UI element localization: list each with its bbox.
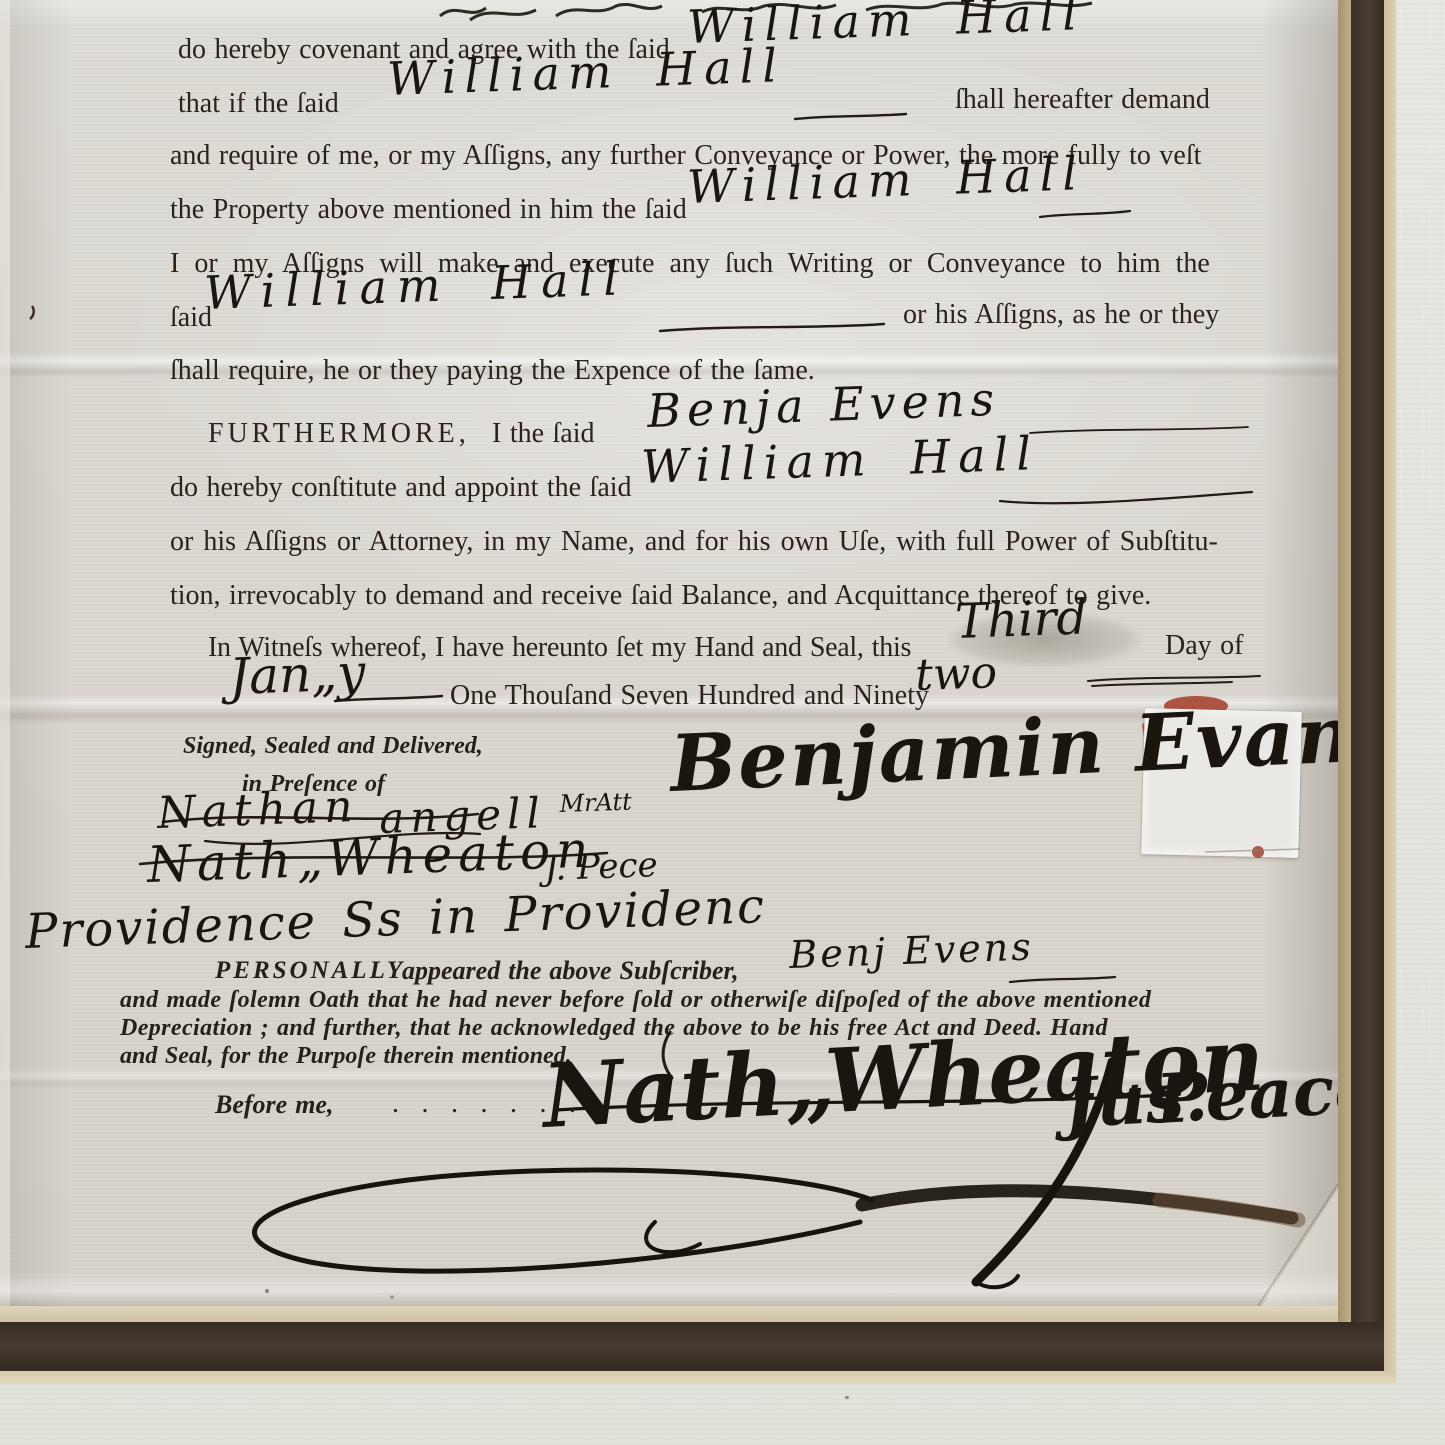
- ink-rule-line6: [660, 324, 884, 331]
- printed-line: I the ſaid: [492, 420, 595, 448]
- printed-line: ſhall hereafter demand: [955, 86, 1210, 114]
- signature-flourish-oval: [254, 1170, 872, 1271]
- document-paper: do hereby covenant and agree with the ſa…: [0, 0, 1338, 1306]
- dark-mat-bottom: [0, 1322, 1384, 1371]
- handwritten-annotation: MrAtt: [559, 789, 632, 816]
- ink-rule-after-evens: [1030, 427, 1248, 433]
- printed-line-italic: and made ſolemn Oath that he had never b…: [120, 988, 1151, 1012]
- handwritten-name: Benj Evens: [789, 927, 1035, 974]
- handwritten-name: William Hall: [640, 430, 1039, 490]
- printed-line: do hereby conſtitute and appoint the ſai…: [170, 474, 632, 502]
- mat-bevel-bottom-outer: [0, 1371, 1396, 1384]
- printed-line: or his Aſſigns or Attorney, in my Name, …: [170, 528, 1218, 556]
- ink-speck: [265, 1289, 269, 1293]
- ink-rule-after-benj-evens: [1010, 977, 1115, 982]
- margin-ink-mark: [30, 306, 34, 319]
- printed-line: One Thouſand Seven Hundred and Ninety: [450, 682, 929, 710]
- mat-bevel-bottom: [0, 1306, 1338, 1322]
- handwritten-name: Benja Evens: [646, 376, 1000, 434]
- printed-line-italic: Signed, Sealed and Delivered,: [183, 734, 483, 758]
- printed-line: that if the ſaid: [178, 90, 339, 118]
- ink-swash-after-hall5: [1000, 492, 1252, 503]
- printed-line: the Property above mentioned in him the …: [170, 196, 687, 224]
- handwritten-name: William Hall: [386, 42, 785, 102]
- ink-speck: [390, 1295, 393, 1298]
- printed-line-italic: appeared the above Subſcriber,: [402, 958, 739, 984]
- printed-line-italic: PERSONALLY: [215, 958, 405, 983]
- handwritten-name: William Hall: [686, 150, 1085, 210]
- handwritten-word: two: [914, 651, 997, 698]
- ink-rule-after-hall3: [1040, 211, 1130, 217]
- corner-fold: [1262, 1188, 1338, 1306]
- handwritten-name: William Hall: [203, 255, 628, 316]
- ink-rule-after-two: [1088, 676, 1260, 686]
- handwritten-word: Jan„y: [228, 647, 366, 702]
- wax-dot-on-patch: [1252, 846, 1264, 858]
- printed-line: Day of: [1165, 632, 1243, 660]
- signature-flourish-curl: [646, 1222, 700, 1252]
- handwritten-annotation: J. Pece: [544, 848, 658, 886]
- handwritten-witness-name: Nath„Wheaton: [146, 824, 595, 890]
- printed-line-italic: Before me,: [215, 1092, 333, 1118]
- printed-line-italic: and Seal, for the Purpoſe therein mentio…: [120, 1044, 572, 1068]
- handwritten-witness-name: Nathan: [156, 785, 359, 836]
- mat-bevel-right-outer: [1384, 0, 1396, 1384]
- ink-rule-after-hall2: [795, 114, 906, 119]
- handwritten-word: Third: [954, 593, 1088, 646]
- signature-tail-fade: [1160, 1200, 1298, 1220]
- printed-line: FURTHERMORE,: [208, 420, 470, 448]
- mat-bevel-right: [1338, 0, 1351, 1371]
- framed-document-photo: do hereby covenant and agree with the ſa…: [0, 0, 1445, 1445]
- printed-line: or his Aſſigns, as he or they: [903, 301, 1219, 329]
- dark-mat-right: [1351, 0, 1384, 1371]
- signature-peace: Peace: [1154, 1055, 1338, 1134]
- dust-speck: [845, 1396, 849, 1399]
